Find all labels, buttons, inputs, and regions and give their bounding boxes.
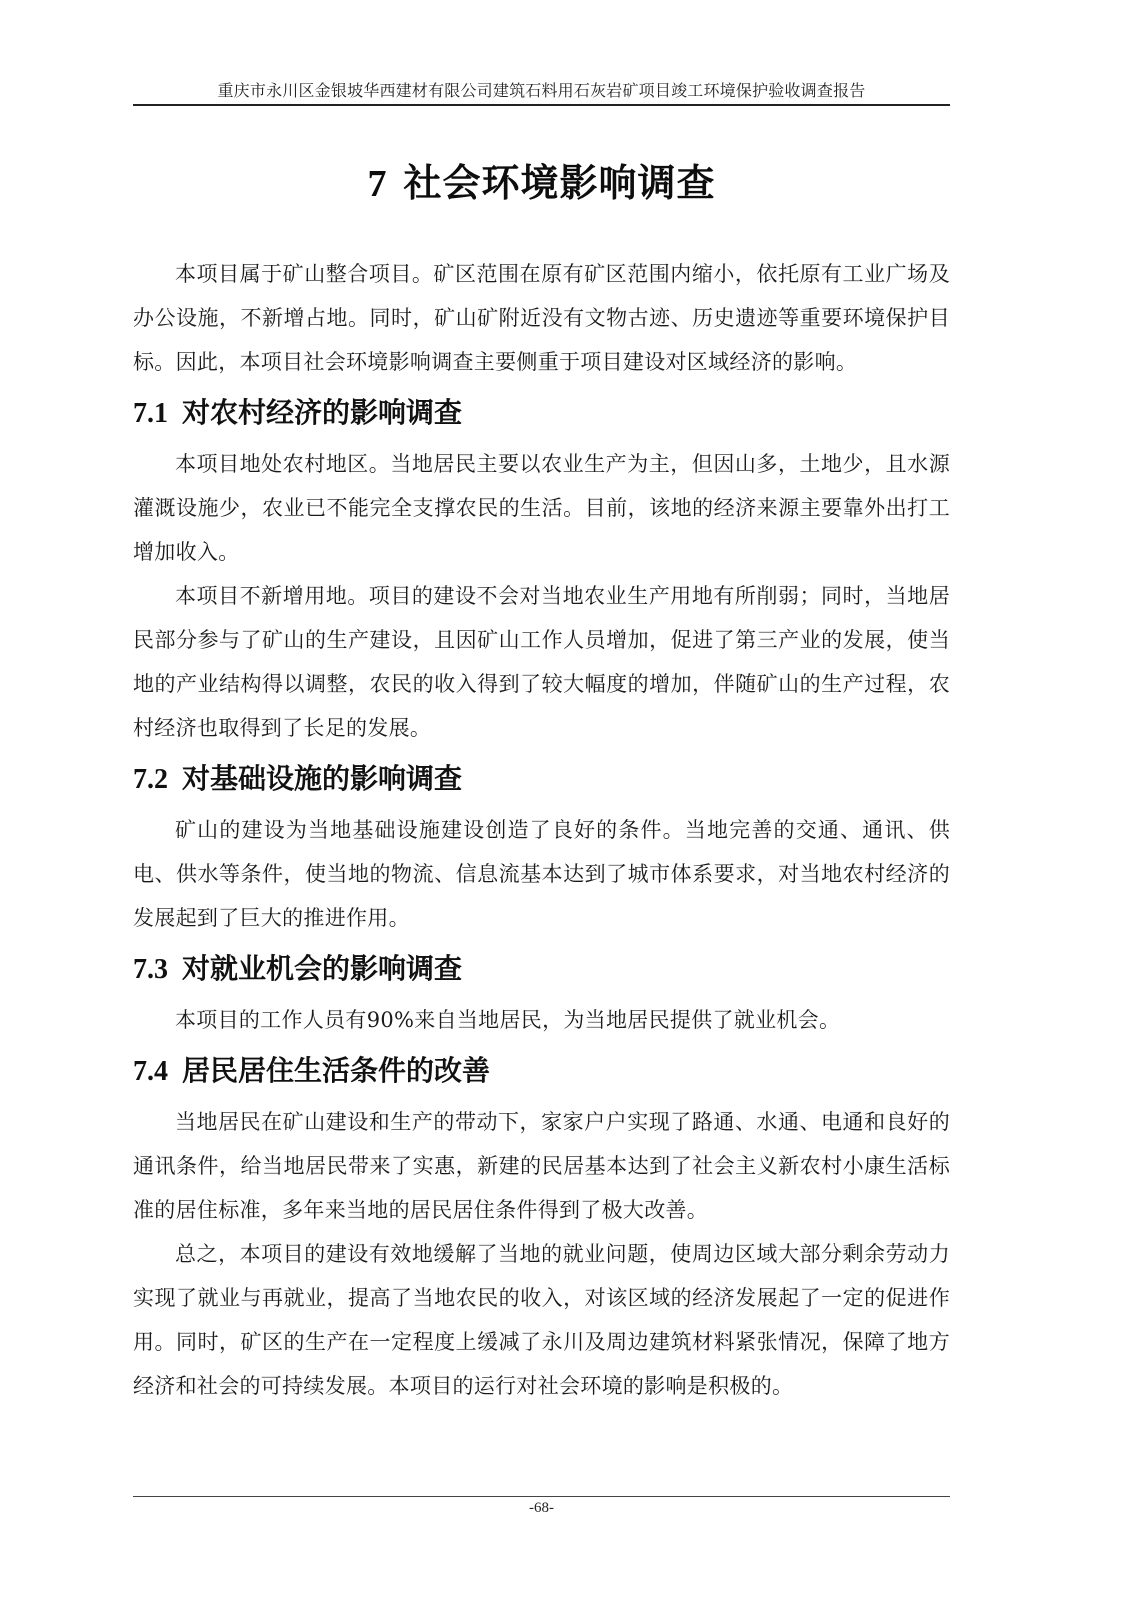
section-title: 对农村经济的影响调查 (182, 396, 462, 429)
section-title: 居民居住生活条件的改善 (182, 1054, 490, 1087)
chapter-title-text: 社会环境影响调查 (403, 161, 715, 205)
section-heading-7-4: 7.4居民居住生活条件的改善 (133, 1042, 950, 1100)
section-heading-7-2: 7.2对基础设施的影响调查 (133, 750, 950, 808)
section-heading-7-3: 7.3对就业机会的影响调查 (133, 940, 950, 998)
document-body: 本项目属于矿山整合项目。矿区范围在原有矿区范围内缩小，依托原有工业广场及办公设施… (133, 252, 950, 1408)
section-number: 7.4 (133, 1056, 168, 1087)
section-paragraph: 矿山的建设为当地基础设施建设创造了良好的条件。当地完善的交通、通讯、供电、供水等… (133, 808, 950, 940)
conclusion-paragraph: 总之，本项目的建设有效地缓解了当地的就业问题，使周边区域大部分剩余劳动力实现了就… (133, 1232, 950, 1408)
section-paragraph: 本项目不新增用地。项目的建设不会对当地农业生产用地有所削弱；同时，当地居民部分参… (133, 574, 950, 750)
section-paragraph: 本项目的工作人员有90%来自当地居民，为当地居民提供了就业机会。 (133, 998, 950, 1042)
page-number: -68- (133, 1500, 950, 1517)
page-header: 重庆市永川区金银坡华西建材有限公司建筑石料用石灰岩矿项目竣工环境保护验收调查报告 (133, 78, 950, 101)
footer-rule (133, 1496, 950, 1497)
section-title: 对就业机会的影响调查 (182, 952, 462, 985)
section-number: 7.1 (133, 398, 168, 429)
section-paragraph: 本项目地处农村地区。当地居民主要以农业生产为主，但因山多，土地少，且水源灌溉设施… (133, 442, 950, 574)
section-heading-7-1: 7.1对农村经济的影响调查 (133, 384, 950, 442)
section-number: 7.3 (133, 954, 168, 985)
section-title: 对基础设施的影响调查 (182, 762, 462, 795)
header-rule (133, 104, 950, 106)
chapter-title: 7社会环境影响调查 (133, 152, 950, 207)
section-number: 7.2 (133, 764, 168, 795)
section-paragraph: 当地居民在矿山建设和生产的带动下，家家户户实现了路通、水通、电通和良好的通讯条件… (133, 1100, 950, 1232)
chapter-number: 7 (367, 163, 387, 205)
intro-paragraph: 本项目属于矿山整合项目。矿区范围在原有矿区范围内缩小，依托原有工业广场及办公设施… (133, 252, 950, 384)
